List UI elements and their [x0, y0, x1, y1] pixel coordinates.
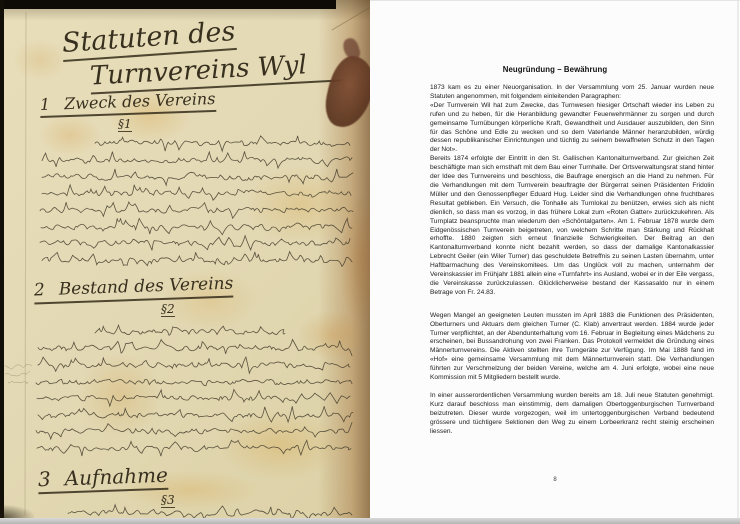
- chapter-paragraph: Bereits 1874 erfolgte der Eintritt in de…: [430, 155, 714, 298]
- printed-page: Neugründung – Bewährung 1873 kam es zu e…: [370, 0, 740, 518]
- chapter-paragraph: In einer ausserordentlichen Versammlung …: [430, 392, 714, 437]
- photo-frame-top: [0, 0, 336, 9]
- page-number: 8: [370, 477, 740, 483]
- chapter-text-column: 1873 kam es zu einer Neuorganisation. In…: [430, 84, 714, 437]
- chapter-paragraph: «Der Turnverein Wil hat zum Zwecke, das …: [430, 102, 714, 155]
- photo-frame-left: [0, 0, 4, 518]
- book-spread: Statuten des Turnvereins Wyl 1Zweck des …: [0, 0, 740, 524]
- paragraph-mark-1: §1: [118, 118, 132, 132]
- chapter-paragraph: Wegen Mangel an geeigneten Leuten musste…: [430, 312, 714, 383]
- paragraph-mark-2: §2: [161, 303, 175, 317]
- manuscript-section-3-heading: 3Aufnahme: [38, 465, 169, 495]
- photo-frame-corner-shadow: [0, 505, 34, 518]
- paragraph-mark-3: §3: [161, 494, 175, 508]
- chapter-paragraph: 1873 kam es zu einer Neuorganisation. In…: [430, 84, 714, 102]
- manuscript-photo: Statuten des Turnvereins Wyl 1Zweck des …: [0, 0, 370, 518]
- chapter-heading: Neugründung – Bewährung: [370, 65, 740, 74]
- page-right-edge: [737, 1, 739, 519]
- book-bottom-edge: [0, 518, 740, 524]
